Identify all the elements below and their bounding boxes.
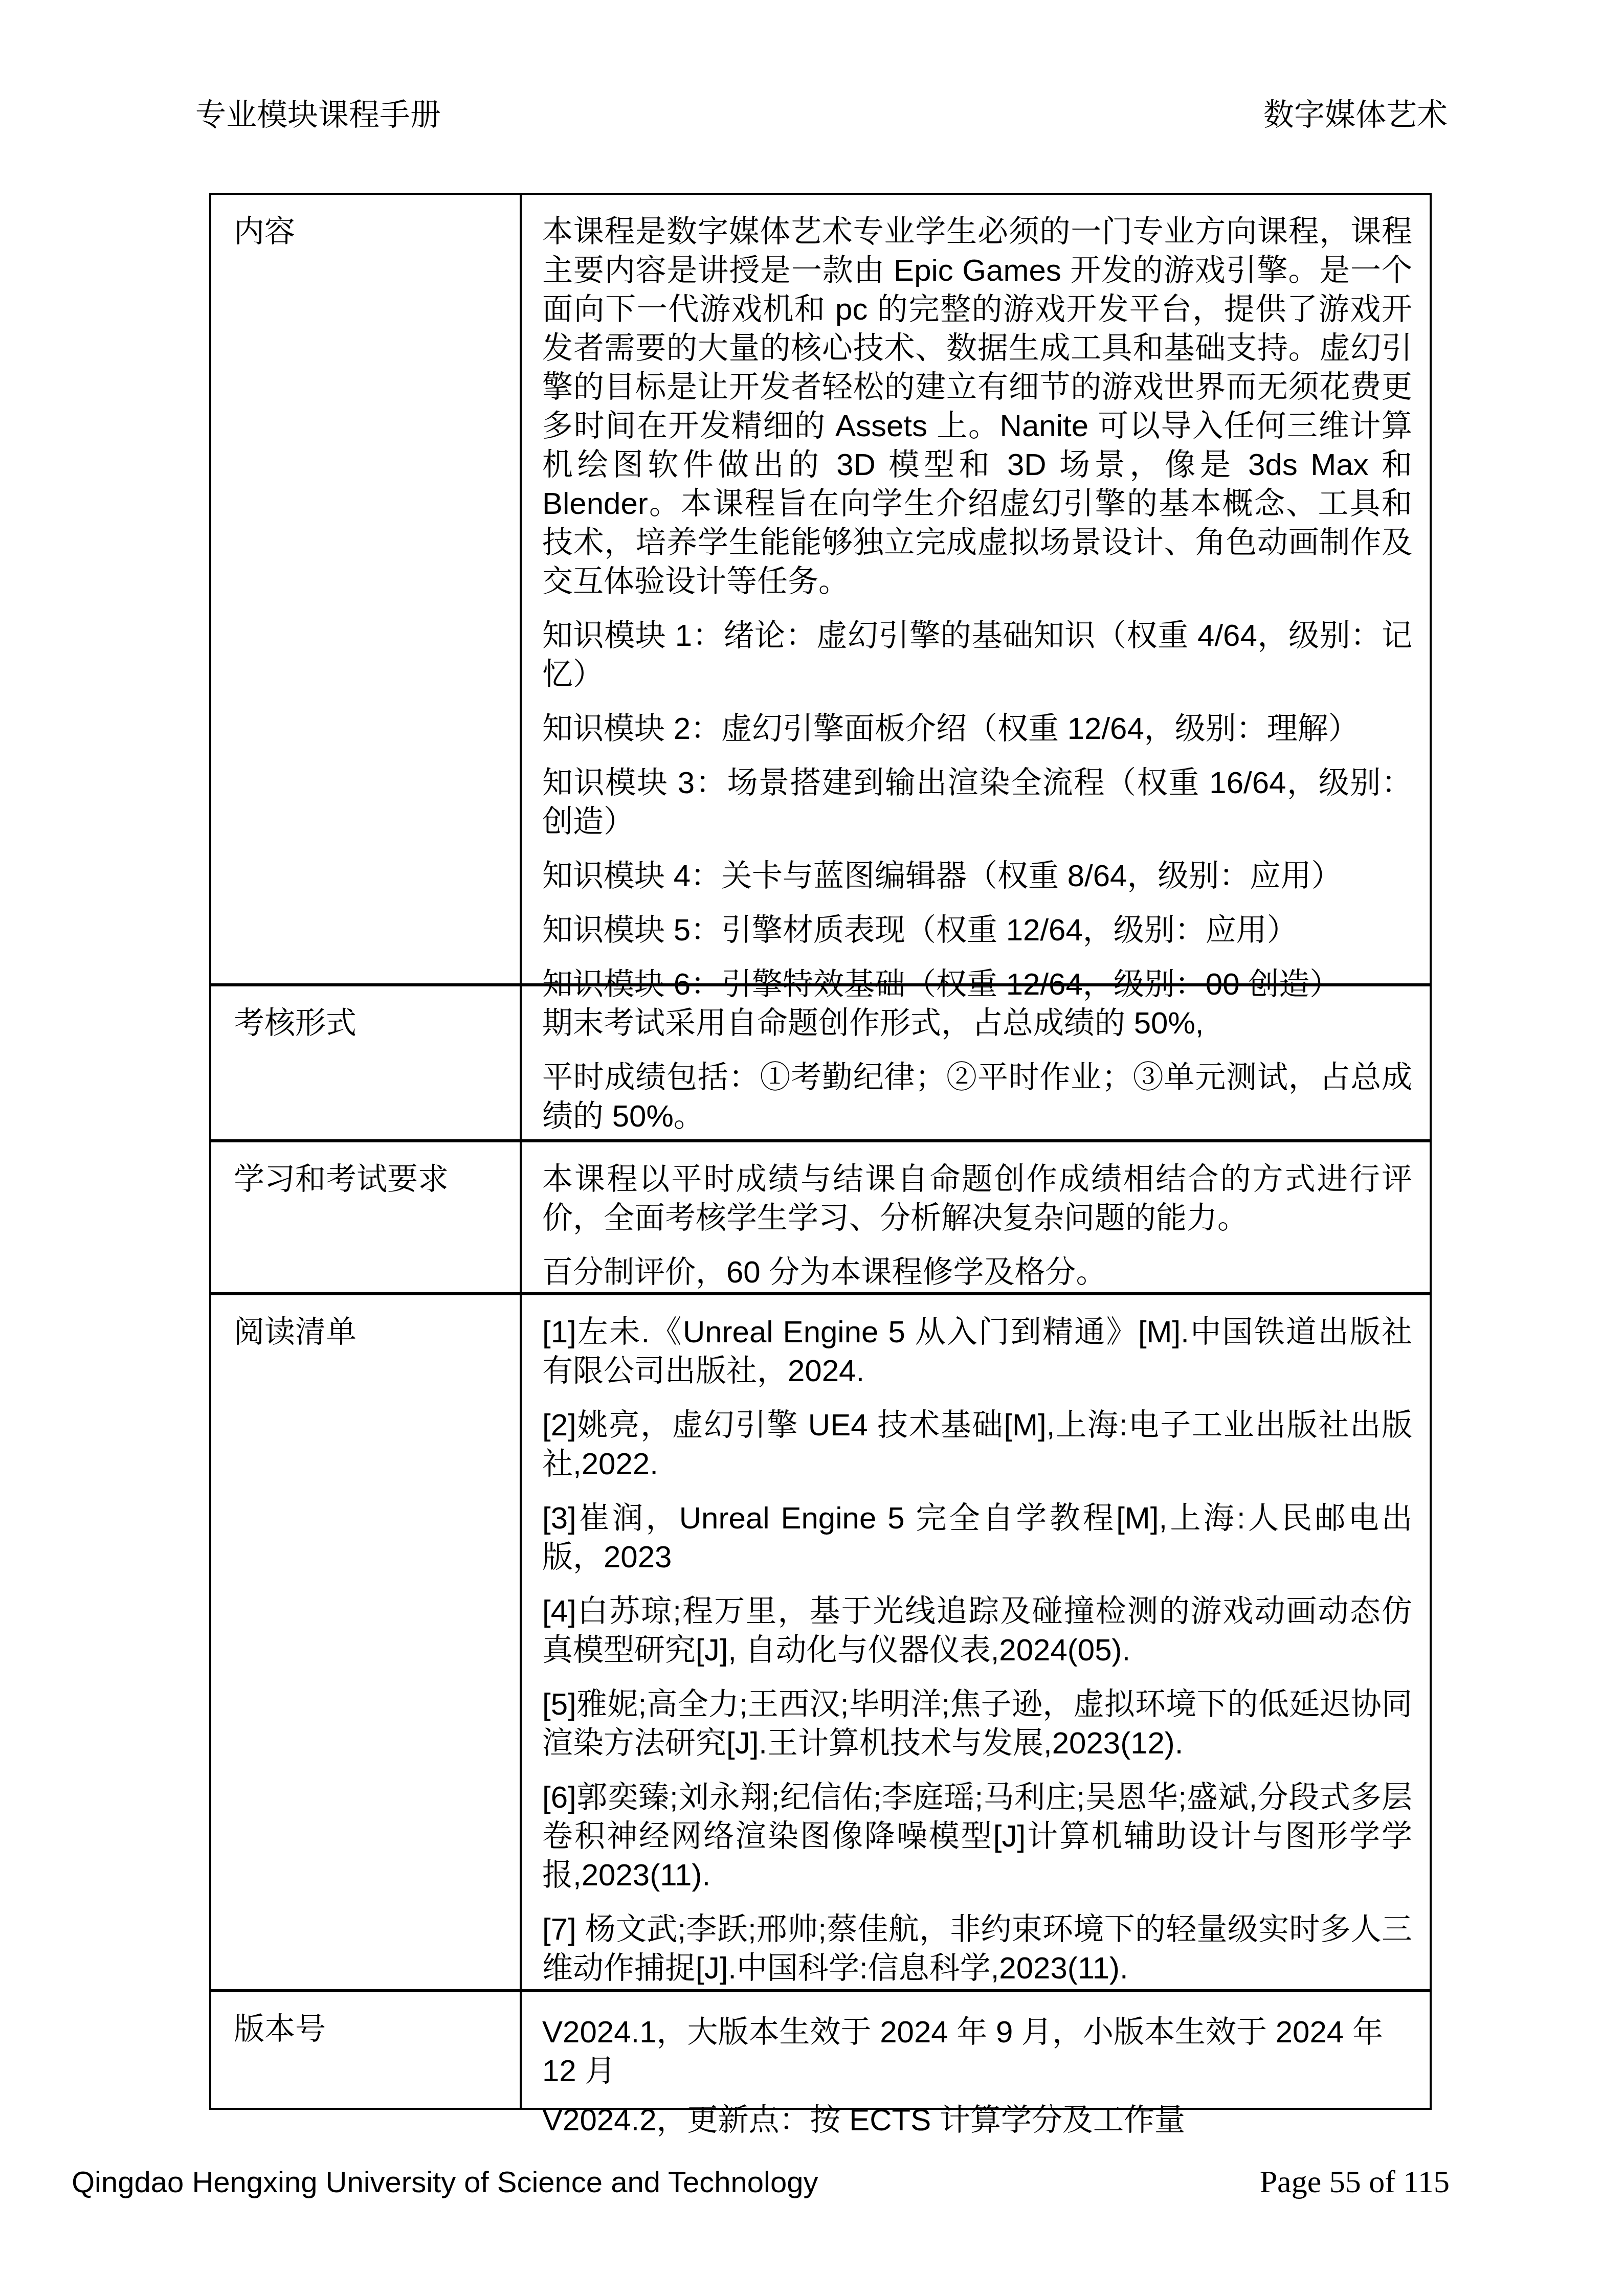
reading-item-5: [5]雅妮;高全力;王西汉;毕明洋;焦子逊，虚拟环境下的低延迟协同渲染方法研究[… xyxy=(542,1685,1412,1763)
table-row-version: 版本号 V2024.1，大版本生效于 2024 年 9 月，小版本生效于 202… xyxy=(211,1989,1430,2108)
table-row-reading-list: 阅读清单 [1]左未.《Unreal Engine 5 从入门到精通》[M].中… xyxy=(211,1292,1430,1989)
course-info-table: 内容 本课程是数字媒体艺术专业学生必须的一门专业方向课程，课程主要内容是讲授是一… xyxy=(209,193,1432,2110)
row-value-requirements: 本课程以平时成绩与结课自命题创作成绩相结合的方式进行评价，全面考核学生学习、分析… xyxy=(522,1142,1430,1292)
page-number: Page 55 of 115 xyxy=(1260,2164,1450,2200)
page-footer: Qingdao Hengxing University of Science a… xyxy=(72,2164,1450,2200)
row-value-assessment: 期末考试采用自命题创作形式，占总成绩的 50%, 平时成绩包括：①考勤纪律；②平… xyxy=(522,986,1430,1139)
university-name: Qingdao Hengxing University of Science a… xyxy=(72,2165,818,2199)
assessment-final-exam: 期末考试采用自命题创作形式，占总成绩的 50%, xyxy=(542,1004,1412,1043)
row-label-content: 内容 xyxy=(211,195,522,983)
knowledge-module-4: 知识模块 4：关卡与蓝图编辑器（权重 8/64，级别：应用） xyxy=(542,857,1412,895)
table-row-content: 内容 本课程是数字媒体艺术专业学生必须的一门专业方向课程，课程主要内容是讲授是一… xyxy=(211,195,1430,983)
handbook-title: 专业模块课程手册 xyxy=(195,97,441,133)
knowledge-module-3: 知识模块 3：场景搭建到输出渲染全流程（权重 16/64，级别：创造） xyxy=(542,763,1412,841)
table-row-requirements: 学习和考试要求 本课程以平时成绩与结课自命题创作成绩相结合的方式进行评价，全面考… xyxy=(211,1139,1430,1292)
knowledge-module-5: 知识模块 5：引擎材质表现（权重 12/64，级别：应用） xyxy=(542,911,1412,950)
row-value-reading-list: [1]左未.《Unreal Engine 5 从入门到精通》[M].中国铁道出版… xyxy=(522,1295,1430,1989)
row-value-version: V2024.1，大版本生效于 2024 年 9 月，小版本生效于 2024 年 … xyxy=(522,1992,1430,2108)
requirement-passing-score: 百分制评价，60 分为本课程修学及格分。 xyxy=(542,1253,1412,1292)
row-label-reading-list: 阅读清单 xyxy=(211,1295,522,1989)
row-label-assessment: 考核形式 xyxy=(211,986,522,1139)
requirement-evaluation: 本课程以平时成绩与结课自命题创作成绩相结合的方式进行评价，全面考核学生学习、分析… xyxy=(542,1160,1412,1237)
course-description: 本课程是数字媒体艺术专业学生必须的一门专业方向课程，课程主要内容是讲授是一款由 … xyxy=(542,212,1412,601)
reading-item-4: [4]白苏琼;程万里，基于光线追踪及碰撞检测的游戏动画动态仿真模型研究[J], … xyxy=(542,1592,1412,1670)
version-2024-1: V2024.1，大版本生效于 2024 年 9 月，小版本生效于 2024 年 … xyxy=(542,2013,1412,2090)
knowledge-module-2: 知识模块 2：虚幻引擎面板介绍（权重 12/64，级别：理解） xyxy=(542,709,1412,748)
program-name: 数字媒体艺术 xyxy=(1263,97,1448,133)
version-2024-2: V2024.2，更新点：按 ECTS 计算学分及工作量 xyxy=(542,2101,1412,2140)
reading-item-3: [3]崔润，Unreal Engine 5 完全自学教程[M],上海:人民邮电出… xyxy=(542,1499,1412,1577)
table-row-assessment: 考核形式 期末考试采用自命题创作形式，占总成绩的 50%, 平时成绩包括：①考勤… xyxy=(211,983,1430,1139)
reading-item-7: [7] 杨文武;李跃;邢帅;蔡佳航，非约束环境下的轻量级实时多人三维动作捕捉[J… xyxy=(542,1910,1412,1988)
page-header: 专业模块课程手册 数字媒体艺术 xyxy=(195,97,1448,133)
document-page: 专业模块课程手册 数字媒体艺术 内容 本课程是数字媒体艺术专业学生必须的一门专业… xyxy=(0,0,1624,2296)
row-label-requirements: 学习和考试要求 xyxy=(211,1142,522,1292)
knowledge-module-1: 知识模块 1：绪论：虚幻引擎的基础知识（权重 4/64，级别：记忆） xyxy=(542,616,1412,694)
reading-item-2: [2]姚亮，虚幻引擎 UE4 技术基础[M],上海:电子工业出版社出版社,202… xyxy=(542,1406,1412,1483)
assessment-regular-grade: 平时成绩包括：①考勤纪律；②平时作业；③单元测试，占总成绩的 50%。 xyxy=(542,1058,1412,1136)
reading-item-6: [6]郭奕臻;刘永翔;纪信佑;李庭瑶;马利庄;吴恩华;盛斌,分段式多层卷积神经网… xyxy=(542,1778,1412,1895)
row-label-version: 版本号 xyxy=(211,1992,522,2108)
row-value-content: 本课程是数字媒体艺术专业学生必须的一门专业方向课程，课程主要内容是讲授是一款由 … xyxy=(522,195,1430,983)
reading-item-1: [1]左未.《Unreal Engine 5 从入门到精通》[M].中国铁道出版… xyxy=(542,1313,1412,1390)
